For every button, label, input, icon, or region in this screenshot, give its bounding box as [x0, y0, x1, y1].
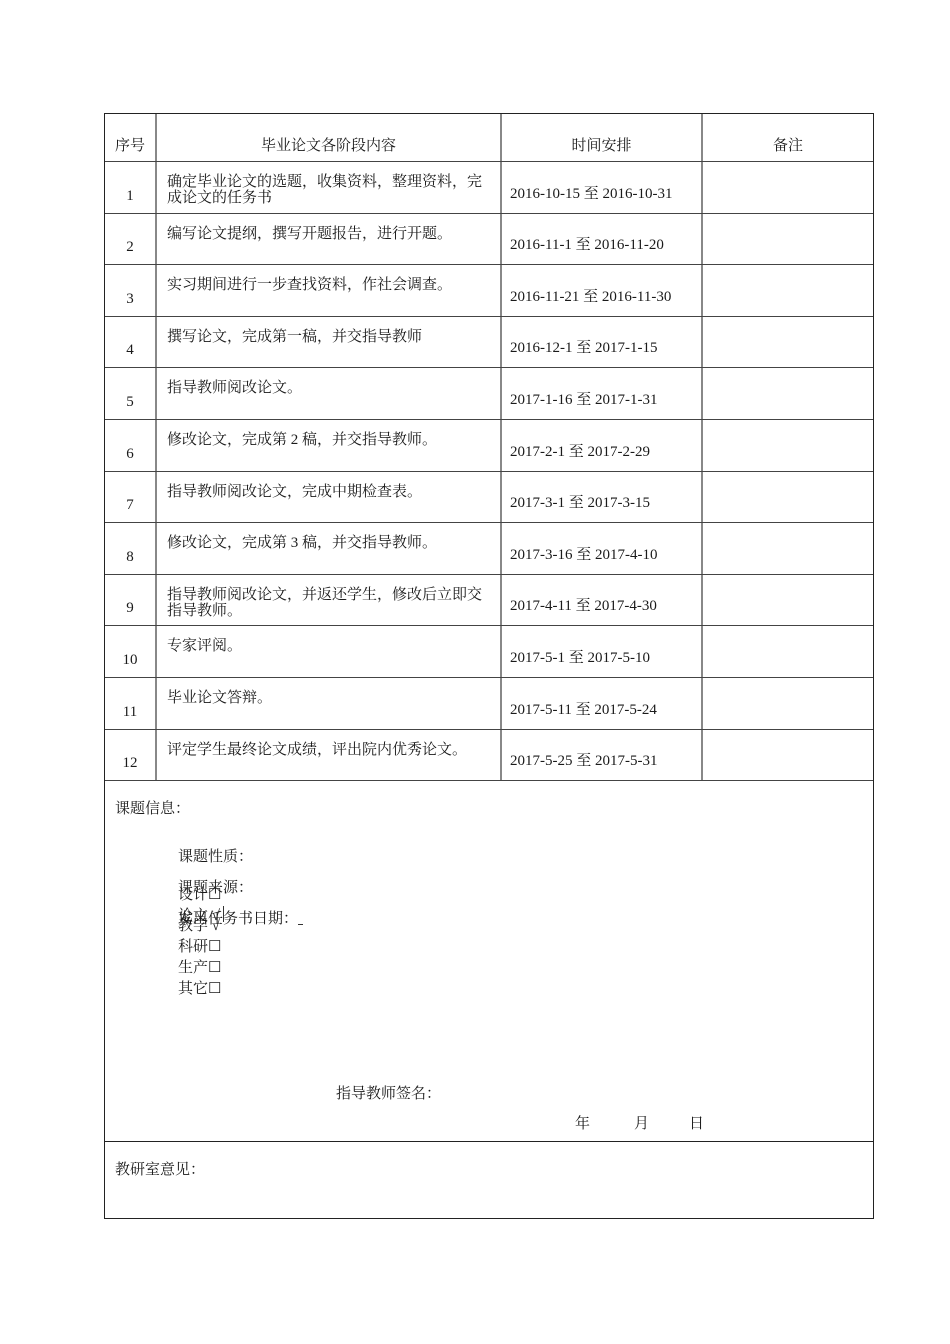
checkbox-empty-icon[interactable]: ☐ [208, 960, 221, 976]
table-row: 12 评定学生最终论文成绩，评出院内优秀论文。 2017-5-25 至 2017… [105, 730, 873, 782]
row-time-range[interactable]: 2017-5-1 至 2017-5-10 [502, 626, 703, 677]
source-option-other[interactable]: 其它☐ [178, 977, 221, 998]
row-stage-content[interactable]: 实习期间进行一步查找资料，作社会调查。 [157, 265, 502, 316]
supervisor-signature-label: 指导教师签名： [336, 1082, 441, 1103]
row-serial-no: 11 [105, 678, 157, 729]
topic-info-title: 课题信息： [115, 797, 190, 818]
row-time-range[interactable]: 2016-10-15 至 2016-10-31 [502, 162, 703, 213]
row-time-range[interactable]: 2016-12-1 至 2017-1-15 [502, 317, 703, 368]
row-time-range[interactable]: 2017-4-11 至 2017-4-30 [502, 575, 703, 626]
option-label: 其它 [178, 981, 208, 997]
option-label: 生产 [178, 960, 208, 976]
date-day-label: 日 [689, 1112, 704, 1133]
row-remarks[interactable] [703, 730, 873, 781]
row-serial-no: 2 [105, 214, 157, 265]
row-remarks[interactable] [703, 162, 873, 213]
row-stage-content[interactable]: 确定毕业论文的选题，收集资料，整理资料，完成论文的任务书 [157, 162, 502, 213]
row-remarks[interactable] [703, 678, 873, 729]
row-serial-no: 7 [105, 472, 157, 523]
row-time-range[interactable]: 2017-5-25 至 2017-5-31 [502, 730, 703, 781]
row-serial-no: 3 [105, 265, 157, 316]
row-remarks[interactable] [703, 265, 873, 316]
table-row: 10 专家评阅。 2017-5-1 至 2017-5-10 [105, 626, 873, 678]
date-year-label: 年 [575, 1112, 590, 1133]
issue-date-field[interactable] [298, 912, 303, 925]
row-stage-content[interactable]: 指导教师阅改论文。 [157, 368, 502, 419]
row-stage-content[interactable]: 修改论文，完成第 3 稿，并交指导教师。 [157, 523, 502, 574]
row-remarks[interactable] [703, 472, 873, 523]
row-stage-content[interactable]: 指导教师阅改论文，完成中期检查表。 [157, 472, 502, 523]
row-serial-no: 8 [105, 523, 157, 574]
department-opinion-label: 教研室意见： [115, 1158, 205, 1179]
table-row: 6 修改论文，完成第 2 稿，并交指导教师。 2017-2-1 至 2017-2… [105, 420, 873, 472]
table-row: 5 指导教师阅改论文。 2017-1-16 至 2017-1-31 [105, 368, 873, 420]
row-stage-content[interactable]: 专家评阅。 [157, 626, 502, 677]
row-stage-content[interactable]: 编写论文提纲，撰写开题报告，进行开题。 [157, 214, 502, 265]
row-remarks[interactable] [703, 523, 873, 574]
header-serial-no: 序号 [105, 114, 157, 161]
row-serial-no: 12 [105, 730, 157, 781]
row-remarks[interactable] [703, 214, 873, 265]
row-remarks[interactable] [703, 420, 873, 471]
row-serial-no: 6 [105, 420, 157, 471]
row-stage-content[interactable]: 毕业论文答辩。 [157, 678, 502, 729]
row-time-range[interactable]: 2017-3-1 至 2017-3-15 [502, 472, 703, 523]
table-header-row: 序号 毕业论文各阶段内容 时间安排 备注 [105, 114, 873, 162]
table-row: 4 撰写论文，完成第一稿，并交指导教师 2016-12-1 至 2017-1-1… [105, 317, 873, 369]
row-stage-content[interactable]: 撰写论文，完成第一稿，并交指导教师 [157, 317, 502, 368]
row-serial-no: 4 [105, 317, 157, 368]
row-stage-content[interactable]: 评定学生最终论文成绩，评出院内优秀论文。 [157, 730, 502, 781]
row-time-range[interactable]: 2016-11-1 至 2016-11-20 [502, 214, 703, 265]
row-time-range[interactable]: 2017-2-1 至 2017-2-29 [502, 420, 703, 471]
topic-info-section: 课题信息： 课题性质： 设计☐ 论文 √ 课题来源： 教学 √ 科研☐ 生产☐ … [105, 781, 873, 1142]
row-stage-content[interactable]: 指导教师阅改论文，并返还学生，修改后立即交指导教师。 [157, 575, 502, 626]
row-stage-content[interactable]: 修改论文，完成第 2 稿，并交指导教师。 [157, 420, 502, 471]
issue-date-line: 发出任务书日期： [148, 890, 303, 945]
row-time-range[interactable]: 2017-5-11 至 2017-5-24 [502, 678, 703, 729]
table-row: 2 编写论文提纲，撰写开题报告，进行开题。 2016-11-1 至 2016-1… [105, 214, 873, 266]
document-page: 序号 毕业论文各阶段内容 时间安排 备注 1 确定毕业论文的选题，收集资料，整理… [0, 0, 950, 1344]
department-opinion-section[interactable]: 教研室意见： [105, 1142, 873, 1218]
date-month-label: 月 [634, 1112, 649, 1133]
row-remarks[interactable] [703, 368, 873, 419]
row-time-range[interactable]: 2017-3-16 至 2017-4-10 [502, 523, 703, 574]
source-option-production[interactable]: 生产☐ [178, 956, 221, 977]
header-remarks: 备注 [703, 114, 873, 161]
table-row: 3 实习期间进行一步查找资料，作社会调查。 2016-11-21 至 2016-… [105, 265, 873, 317]
table-row: 1 确定毕业论文的选题，收集资料，整理资料，完成论文的任务书 2016-10-1… [105, 162, 873, 214]
thesis-schedule-table: 序号 毕业论文各阶段内容 时间安排 备注 1 确定毕业论文的选题，收集资料，整理… [104, 113, 874, 1219]
row-remarks[interactable] [703, 575, 873, 626]
issue-date-label: 发出任务书日期： [178, 911, 298, 927]
checkbox-empty-icon[interactable]: ☐ [208, 981, 221, 997]
row-remarks[interactable] [703, 317, 873, 368]
header-time-schedule: 时间安排 [502, 114, 703, 161]
table-row: 11 毕业论文答辩。 2017-5-11 至 2017-5-24 [105, 678, 873, 730]
table-row: 9 指导教师阅改论文，并返还学生，修改后立即交指导教师。 2017-4-11 至… [105, 575, 873, 627]
row-remarks[interactable] [703, 626, 873, 677]
table-row: 7 指导教师阅改论文，完成中期检查表。 2017-3-1 至 2017-3-15 [105, 472, 873, 524]
row-time-range[interactable]: 2016-11-21 至 2016-11-30 [502, 265, 703, 316]
row-time-range[interactable]: 2017-1-16 至 2017-1-31 [502, 368, 703, 419]
row-serial-no: 9 [105, 575, 157, 626]
header-stage-content: 毕业论文各阶段内容 [157, 114, 502, 161]
table-row: 8 修改论文，完成第 3 稿，并交指导教师。 2017-3-16 至 2017-… [105, 523, 873, 575]
row-serial-no: 10 [105, 626, 157, 677]
row-serial-no: 5 [105, 368, 157, 419]
row-serial-no: 1 [105, 162, 157, 213]
